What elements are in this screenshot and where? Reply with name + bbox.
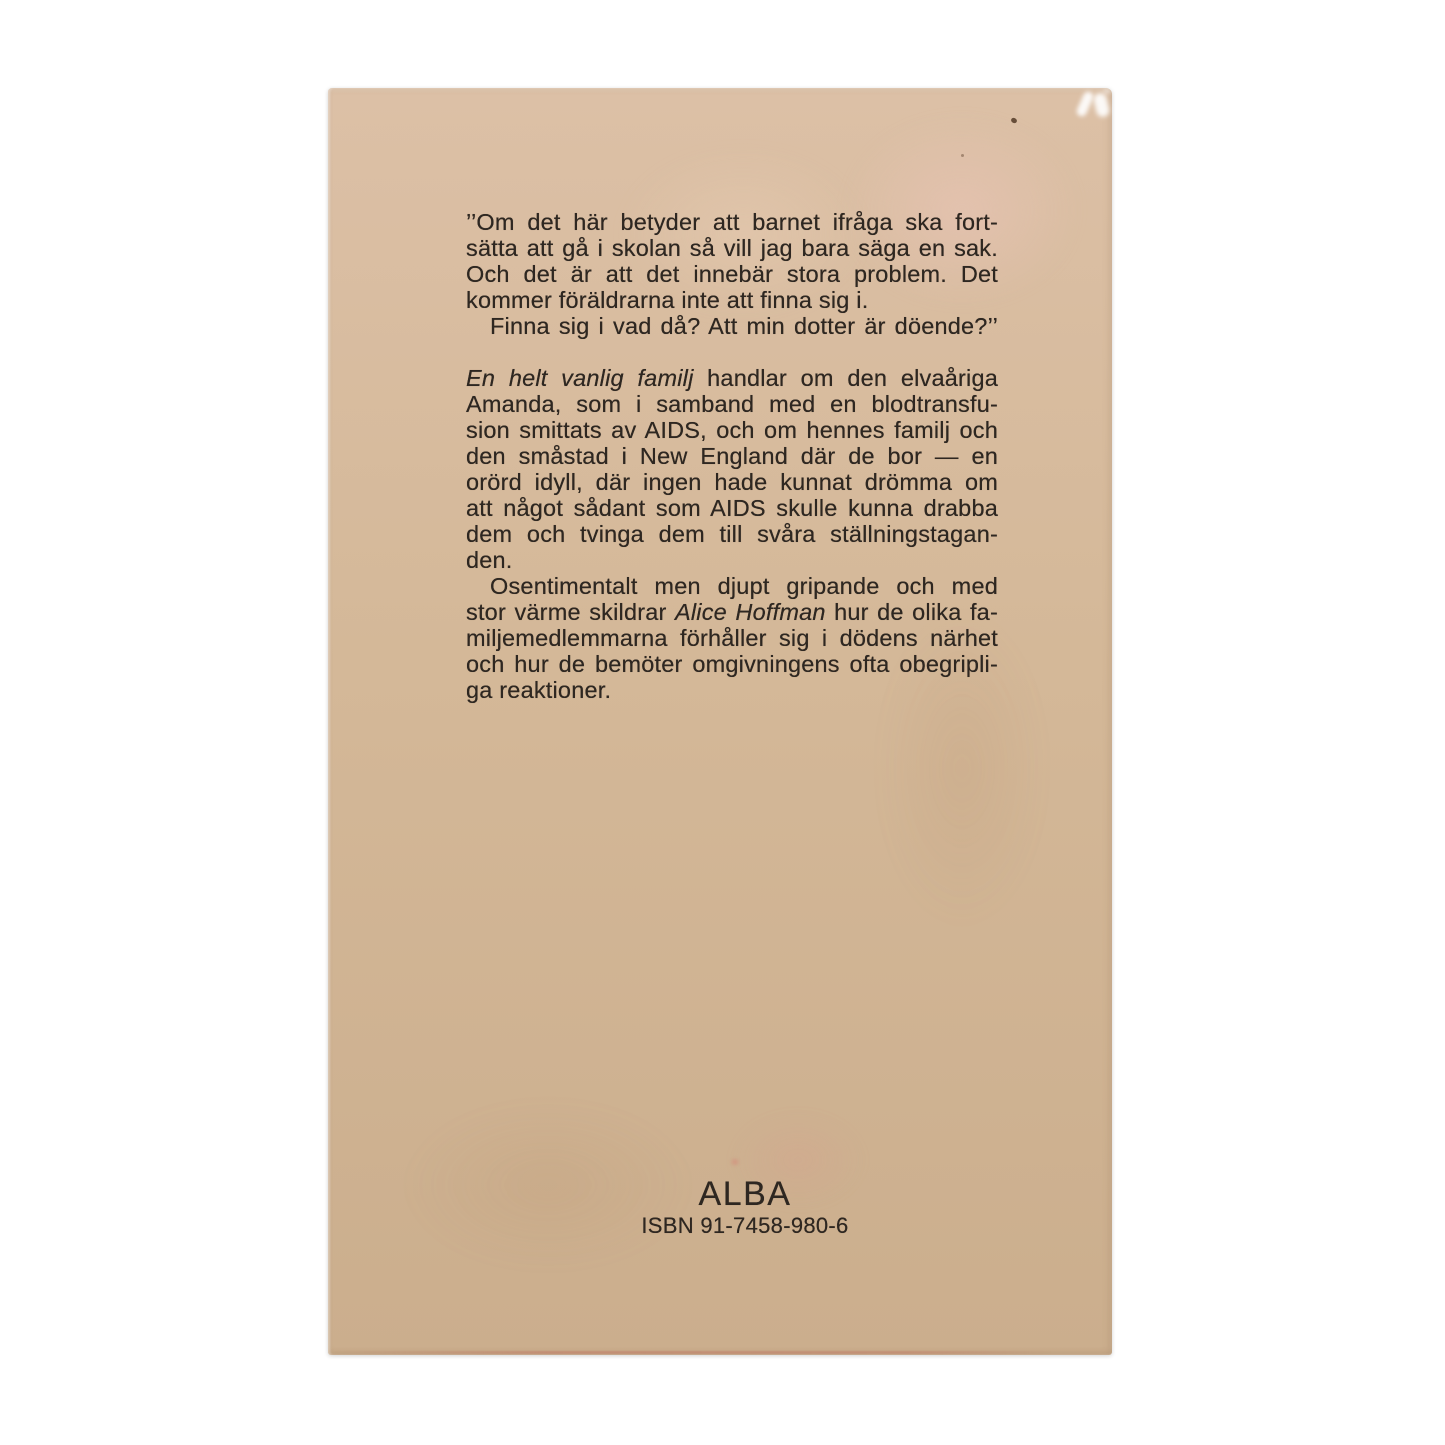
publisher-block: ALBA ISBN 91-7458-980-6 — [479, 1174, 1011, 1238]
text-line: Amanda, som i samband med en blodtransfu… — [466, 391, 998, 417]
italic-text: En helt vanlig familj — [466, 365, 693, 391]
text-line: sätta att gå i skolan så vill jag bara s… — [466, 235, 998, 261]
photo-background: ’’Om det här betyder att barnet ifråga s… — [0, 0, 1445, 1445]
text: Och det är att det innebär stora problem… — [466, 261, 998, 287]
paragraph: ’’Om det här betyder att barnet ifråga s… — [466, 209, 998, 339]
text-line: miljemedlemmarna förhåller sig i dödens … — [466, 625, 998, 651]
text: orörd idyll, där ingen hade kunnat drömm… — [466, 469, 998, 495]
text-line: Och det är att det innebär stora problem… — [466, 261, 998, 287]
stain — [728, 1156, 742, 1168]
paragraph: Osentimentalt men djupt gripande och med… — [466, 573, 998, 703]
blurb: ’’Om det här betyder att barnet ifråga s… — [466, 209, 998, 703]
speck — [1010, 117, 1018, 124]
cover-bottom-edge — [334, 1351, 1052, 1354]
text: och hur de bemöter omgivningens ofta obe… — [466, 651, 998, 677]
text: Osentimentalt men djupt gripande och med — [490, 573, 998, 599]
glare-mark — [1075, 90, 1095, 118]
text: att något sådant som AIDS skulle kunna d… — [466, 495, 998, 521]
text: hur de olika fa- — [826, 599, 998, 625]
text-line: den småstad i New England där de bor — e… — [466, 443, 998, 469]
text-line: den. — [466, 547, 998, 573]
text: ga reaktioner. — [466, 677, 611, 703]
glare-mark — [1068, 86, 1114, 120]
text: Amanda, som i samband med en blodtransfu… — [466, 391, 998, 417]
text: kommer föräldrarna inte att finna sig i. — [466, 287, 868, 313]
text-line: ’’Om det här betyder att barnet ifråga s… — [466, 209, 998, 235]
text-line: ga reaktioner. — [466, 677, 998, 703]
text: sätta att gå i skolan så vill jag bara s… — [466, 235, 998, 261]
text: miljemedlemmarna förhåller sig i dödens … — [466, 625, 998, 651]
text: den småstad i New England där de bor — e… — [466, 443, 998, 469]
text-line: och hur de bemöter omgivningens ofta obe… — [466, 651, 998, 677]
publisher-name: ALBA — [479, 1174, 1011, 1214]
text-line: orörd idyll, där ingen hade kunnat drömm… — [466, 469, 998, 495]
text: dem och tvinga dem till svåra ställnings… — [466, 521, 998, 547]
text: ’’Om det här betyder att barnet ifråga s… — [466, 209, 998, 235]
text: Finna sig i vad då? Att min dotter är dö… — [490, 313, 998, 339]
text-line: Finna sig i vad då? Att min dotter är dö… — [466, 313, 998, 339]
isbn: ISBN 91-7458-980-6 — [479, 1214, 1011, 1238]
paragraph: En helt vanlig familj handlar om den elv… — [466, 365, 998, 573]
text-line: att något sådant som AIDS skulle kunna d… — [466, 495, 998, 521]
text: stor värme skildrar — [466, 599, 675, 625]
text-line: stor värme skildrar Alice Hoffman hur de… — [466, 599, 998, 625]
text-line: Osentimentalt men djupt gripande och med — [466, 573, 998, 599]
text-line: En helt vanlig familj handlar om den elv… — [466, 365, 998, 391]
text-line: kommer föräldrarna inte att finna sig i. — [466, 287, 998, 313]
italic-text: Alice Hoffman — [675, 599, 826, 625]
text: sion smittats av AIDS, och om hennes fam… — [466, 417, 998, 443]
speck — [961, 154, 964, 157]
book-back-cover: ’’Om det här betyder att barnet ifråga s… — [328, 88, 1112, 1355]
text-line: dem och tvinga dem till svåra ställnings… — [466, 521, 998, 547]
text: den. — [466, 547, 513, 573]
glare-mark — [1092, 92, 1110, 118]
text: handlar om den elvaåriga — [693, 365, 998, 391]
text-line: sion smittats av AIDS, och om hennes fam… — [466, 417, 998, 443]
